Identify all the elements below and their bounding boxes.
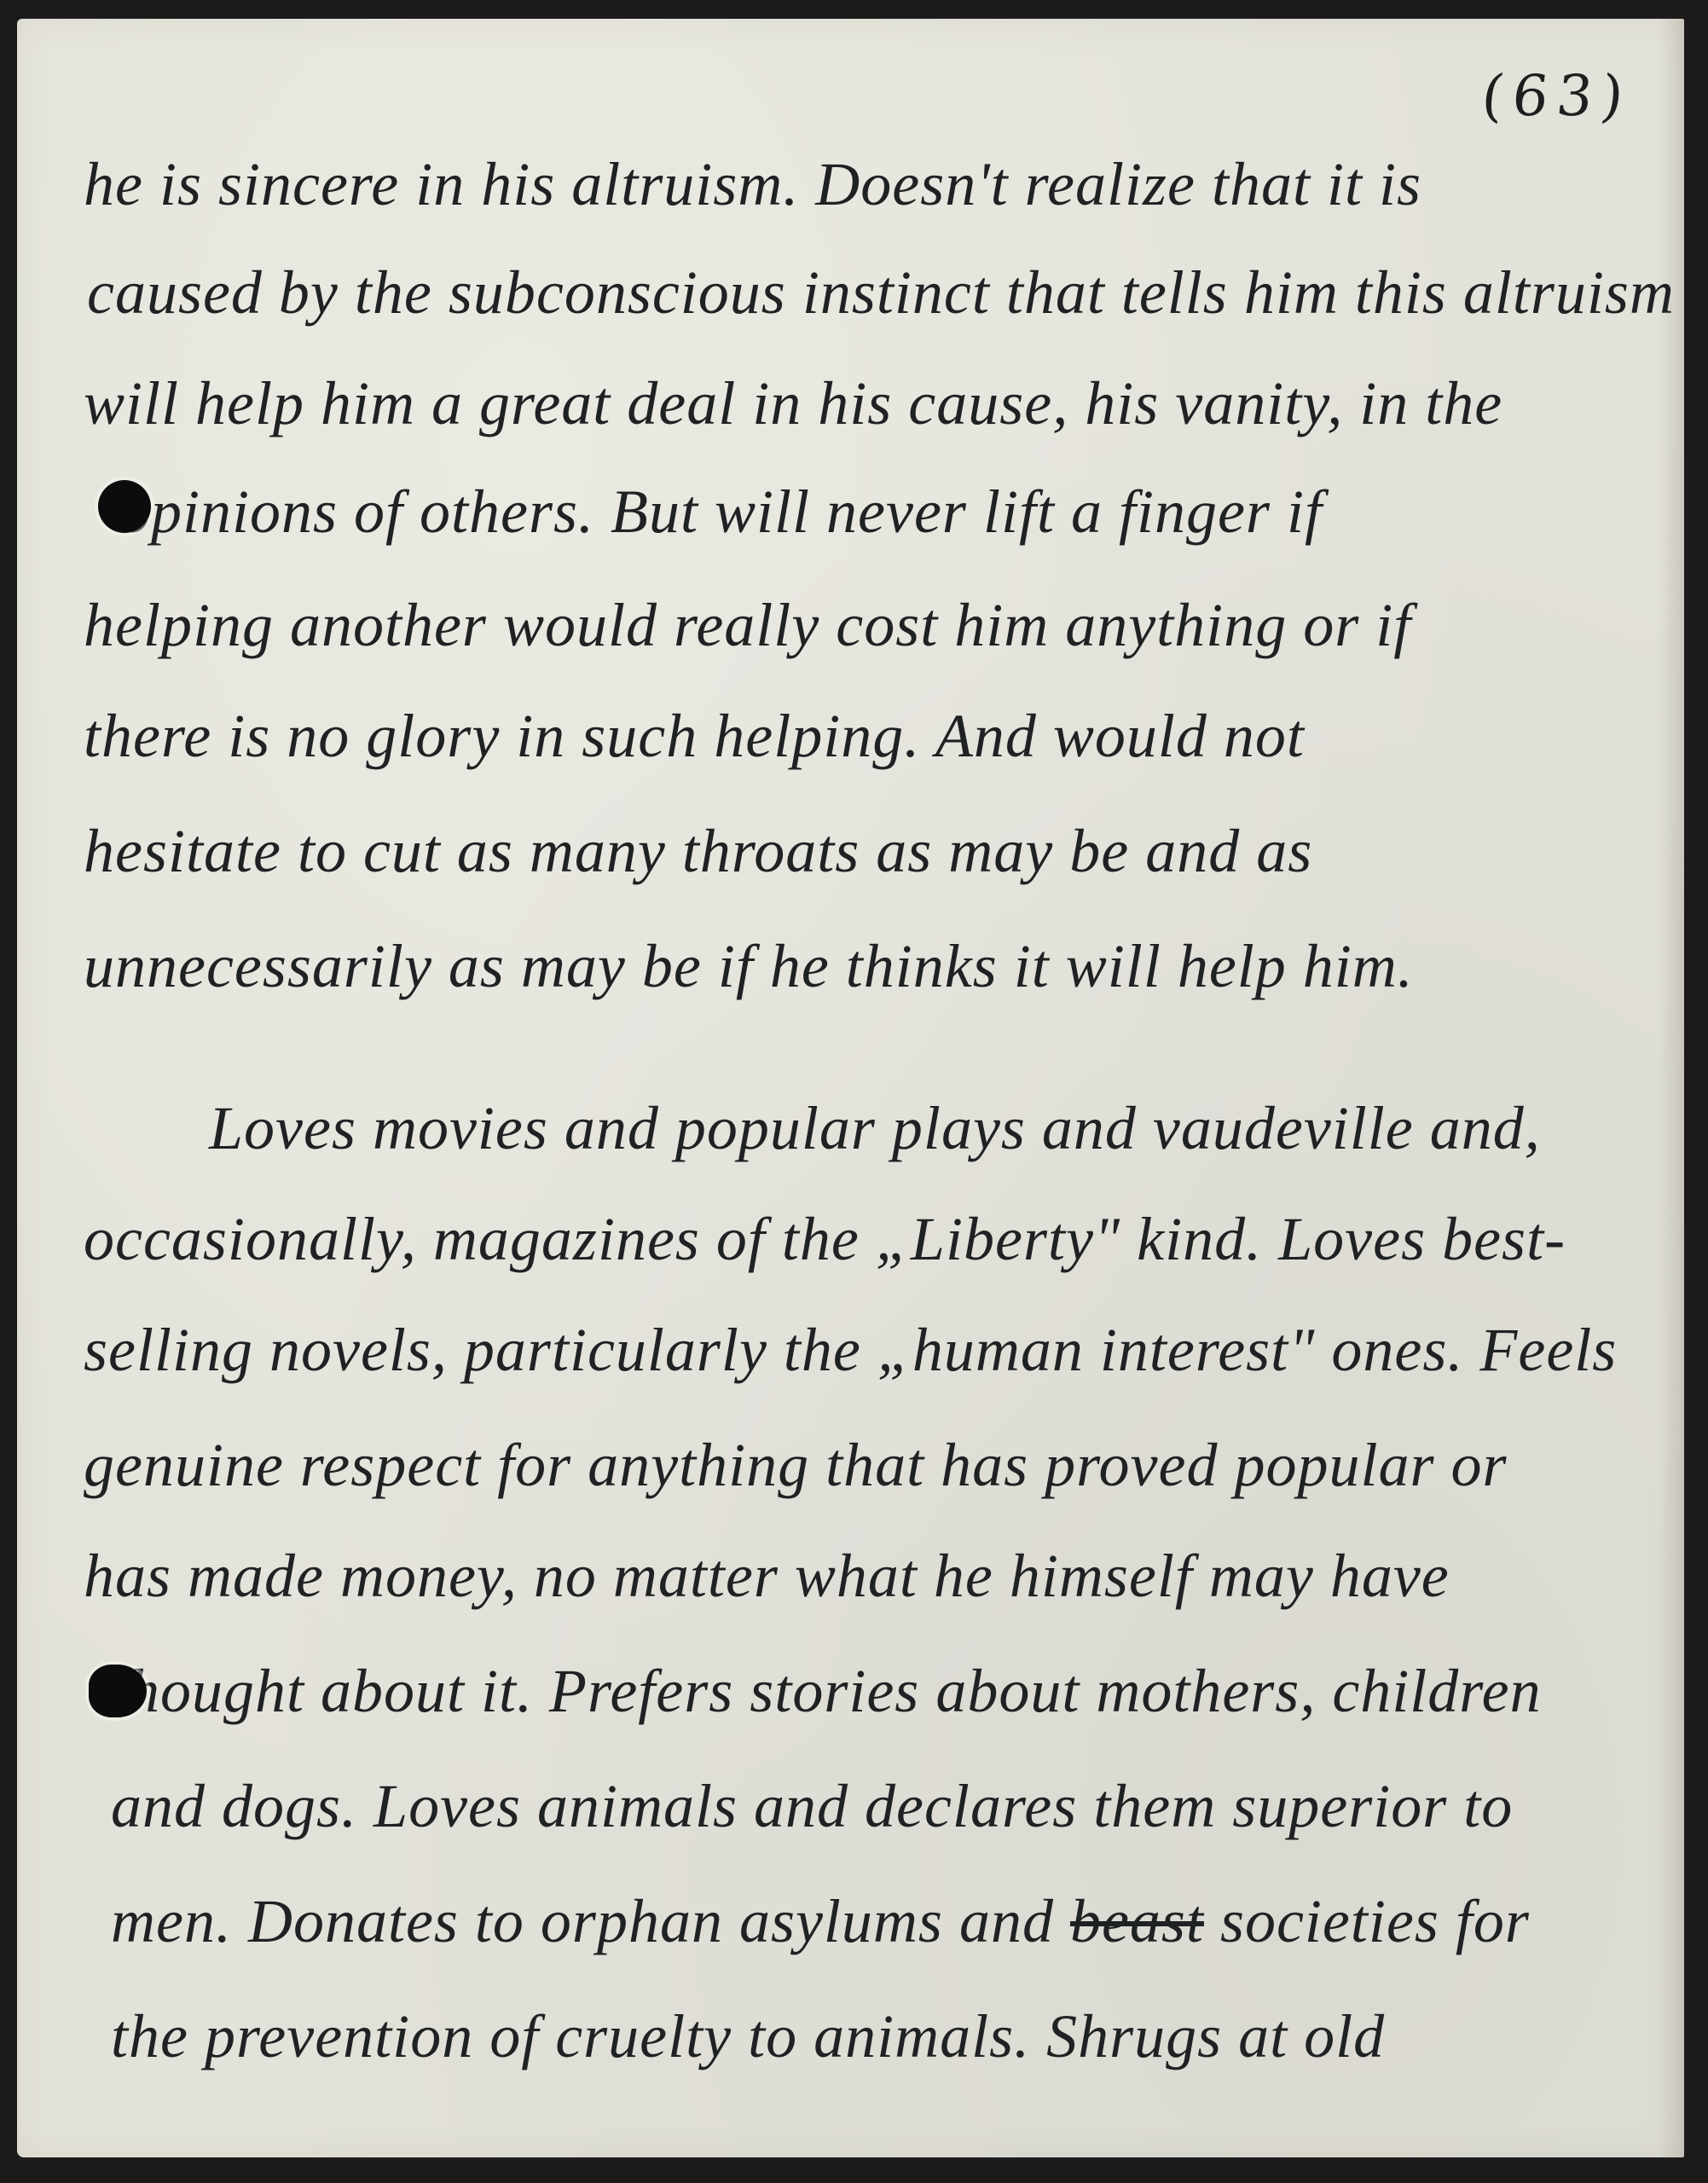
handwritten-line-16: men. Donates to orphan asylums and beast… xyxy=(111,1891,1530,1952)
handwritten-line-13: has made money, no matter what he himsel… xyxy=(84,1545,1450,1607)
punch-hole-bottom xyxy=(89,1665,147,1717)
handwritten-line-15: and dogs. Loves animals and declares the… xyxy=(111,1775,1513,1837)
handwritten-line-9-paragraph-start: Loves movies and popular plays and vaude… xyxy=(209,1097,1541,1159)
handwritten-line-6: there is no glory in such helping. And w… xyxy=(84,705,1305,767)
handwritten-line-8: unnecessarily as may be if he thinks it … xyxy=(84,935,1414,997)
line-16-text-after: societies for xyxy=(1204,1887,1530,1955)
page-number: (63) xyxy=(1479,63,1636,129)
handwritten-line-5: helping another would really cost him an… xyxy=(84,594,1411,656)
handwritten-line-1: he is sincere in his altruism. Doesn't r… xyxy=(84,153,1421,215)
struck-out-word: beast xyxy=(1070,1887,1204,1955)
handwritten-line-17: the prevention of cruelty to animals. Sh… xyxy=(111,2006,1385,2067)
page-edge-shadow xyxy=(1659,19,1684,2157)
handwritten-line-2: caused by the subconscious instinct that… xyxy=(87,262,1675,323)
handwritten-line-12: genuine respect for anything that has pr… xyxy=(84,1434,1507,1496)
handwritten-line-7: hesitate to cut as many throats as may b… xyxy=(84,820,1312,882)
line-16-text-before: men. Donates to orphan asylums and xyxy=(111,1887,1070,1955)
handwritten-line-4: opinions of others. But will never lift … xyxy=(119,481,1323,542)
manuscript-page: (63) he is sincere in his altruism. Does… xyxy=(17,19,1684,2157)
handwritten-line-3: will help him a great deal in his cause,… xyxy=(84,373,1502,434)
handwritten-line-10: occasionally, magazines of the „Liberty"… xyxy=(84,1208,1566,1270)
handwritten-line-11: selling novels, particularly the „human … xyxy=(84,1319,1617,1381)
punch-hole-top xyxy=(98,480,151,533)
handwritten-line-14: thought about it. Prefers stories about … xyxy=(111,1660,1542,1722)
